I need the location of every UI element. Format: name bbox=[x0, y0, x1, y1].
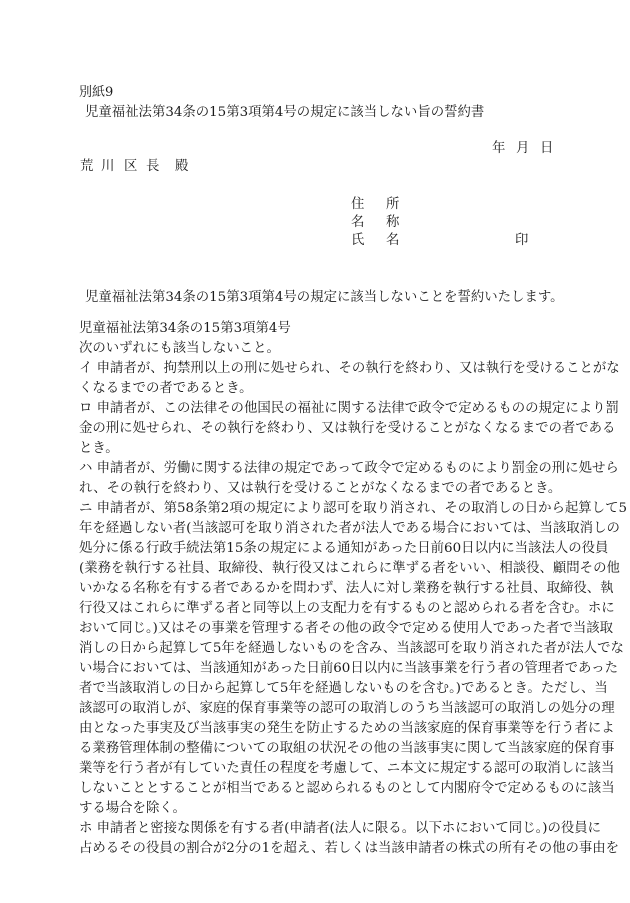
entity-name-label-char: 名 bbox=[351, 211, 364, 230]
clause-line: 占めるその役員の割合が2分の1を超え、若しくは当該申請者の株式の所有その他の事由… bbox=[79, 839, 553, 859]
clause-line: 金の刑に処せられ、その執行を終わり、又は執行を受けることがなくなるまでの者である bbox=[79, 419, 553, 439]
clause-line: しないこととすることが相当であると認められるものとして内閣府令で定めるものに該当 bbox=[79, 779, 553, 799]
addressee-char: 川 bbox=[101, 155, 114, 174]
clause-line: れ、その執行を終わり、又は執行を受けることがなくなるまでの者であるとき。 bbox=[79, 479, 553, 499]
person-name-label-char: 氏 bbox=[351, 229, 364, 248]
addressee-char: 荒 bbox=[80, 155, 93, 174]
clause-line: 行役又はこれらに準ずる者と同等以上の支配力を有するものと認められる者を含む。ホに bbox=[79, 599, 553, 619]
clause-line: い場合においては、当該通知があった日前60日以内に当該事業を行う者の管理者であっ… bbox=[79, 659, 553, 679]
addressee-char: 長 bbox=[146, 155, 159, 174]
address-label-char: 所 bbox=[386, 193, 399, 212]
clause-line: 該認可の取消しが、家庭的保育事業等の認可の取消しのうち当該認可の取消しの処分の理 bbox=[79, 699, 553, 719]
addressee-char: 殿 bbox=[175, 155, 188, 174]
person-name-label-char: 名 bbox=[386, 229, 399, 248]
day-label: 日 bbox=[540, 137, 553, 156]
address-label-char: 住 bbox=[351, 193, 364, 212]
clause-line: 年を経過しない者(当該認可を取り消された者が法人である場合においては、当該取消し… bbox=[79, 519, 553, 539]
clause-line: ロ 申請者が、この法律その他国民の福祉に関する法律で政令で定めるものの規定により… bbox=[79, 399, 553, 419]
clause-line: ハ 申請者が、労働に関する法律の規定であって政令で定めるものにより罰金の刑に処せ… bbox=[79, 459, 553, 479]
clause-line: る業務管理体制の整備についての取組の状況その他の当該事実に関して当該家庭的保育事 bbox=[79, 739, 553, 759]
clause-line: 者で当該取消しの日から起算して5年を経過しないものを含む。)であるとき。ただし、… bbox=[79, 679, 553, 699]
clause-line: 業等を行う者が有していた責任の程度を考慮して、ニ本文に規定する認可の取消しに該当 bbox=[79, 759, 553, 779]
clauses-heading: 児童福祉法第34条の15第3項第4号 bbox=[79, 319, 553, 339]
clause-line: 次のいずれにも該当しないこと。 bbox=[79, 339, 553, 359]
clauses-section: 児童福祉法第34条の15第3項第4号 次のいずれにも該当しないこと。 イ 申請者… bbox=[79, 319, 553, 859]
clause-line: する場合を除く。 bbox=[79, 799, 553, 819]
clause-line: 処分に係る行政手続法第15条の規定による通知があった日前60日以内に当該法人の役… bbox=[79, 539, 553, 559]
clause-line: イ 申請者が、拘禁刑以上の刑に処せられ、その執行を終わり、又は執行を受けることが… bbox=[79, 359, 553, 379]
clause-line: くなるまでの者であるとき。 bbox=[79, 379, 553, 399]
clause-line: 消しの日から起算して5年を経過しないものを含み、当該認可を取り消された者が法人で… bbox=[79, 639, 553, 659]
clause-line: 由となった事実及び当該事実の発生を防止するための当該家庭的保育事業等を行う者によ bbox=[79, 719, 553, 739]
document-title: 児童福祉法第34条の15第3項第4号の規定に該当しない旨の誓約書 bbox=[85, 101, 484, 120]
seal-mark: 印 bbox=[515, 229, 528, 248]
clause-line: おいて同じ。)又はその事業を管理する者その他の政令で定める使用人であった者で当該… bbox=[79, 619, 553, 639]
clause-line: いかなる名称を有する者であるかを問わず、法人に対し業務を執行する社員、取締役、執 bbox=[79, 579, 553, 599]
pledge-statement: 児童福祉法第34条の15第3項第4号の規定に該当しないことを誓約いたします。 bbox=[85, 286, 564, 305]
addressee-char: 区 bbox=[124, 155, 137, 174]
entity-name-label-char: 称 bbox=[386, 211, 399, 230]
clause-line: (業務を執行する社員、取締役、執行役又はこれらに準ずる者をいい、相談役、顧問その… bbox=[79, 559, 553, 579]
annex-label: 別紙9 bbox=[79, 81, 113, 100]
clause-line: ホ 申請者と密接な関係を有する者(申請者(法人に限る。以下ホにおいて同じ。)の役… bbox=[79, 819, 553, 839]
clause-line: とき。 bbox=[79, 439, 553, 459]
year-label: 年 bbox=[492, 137, 505, 156]
clause-line: ニ 申請者が、第58条第2項の規定により認可を取り消され、その取消しの日から起算… bbox=[79, 499, 553, 519]
month-label: 月 bbox=[516, 137, 529, 156]
